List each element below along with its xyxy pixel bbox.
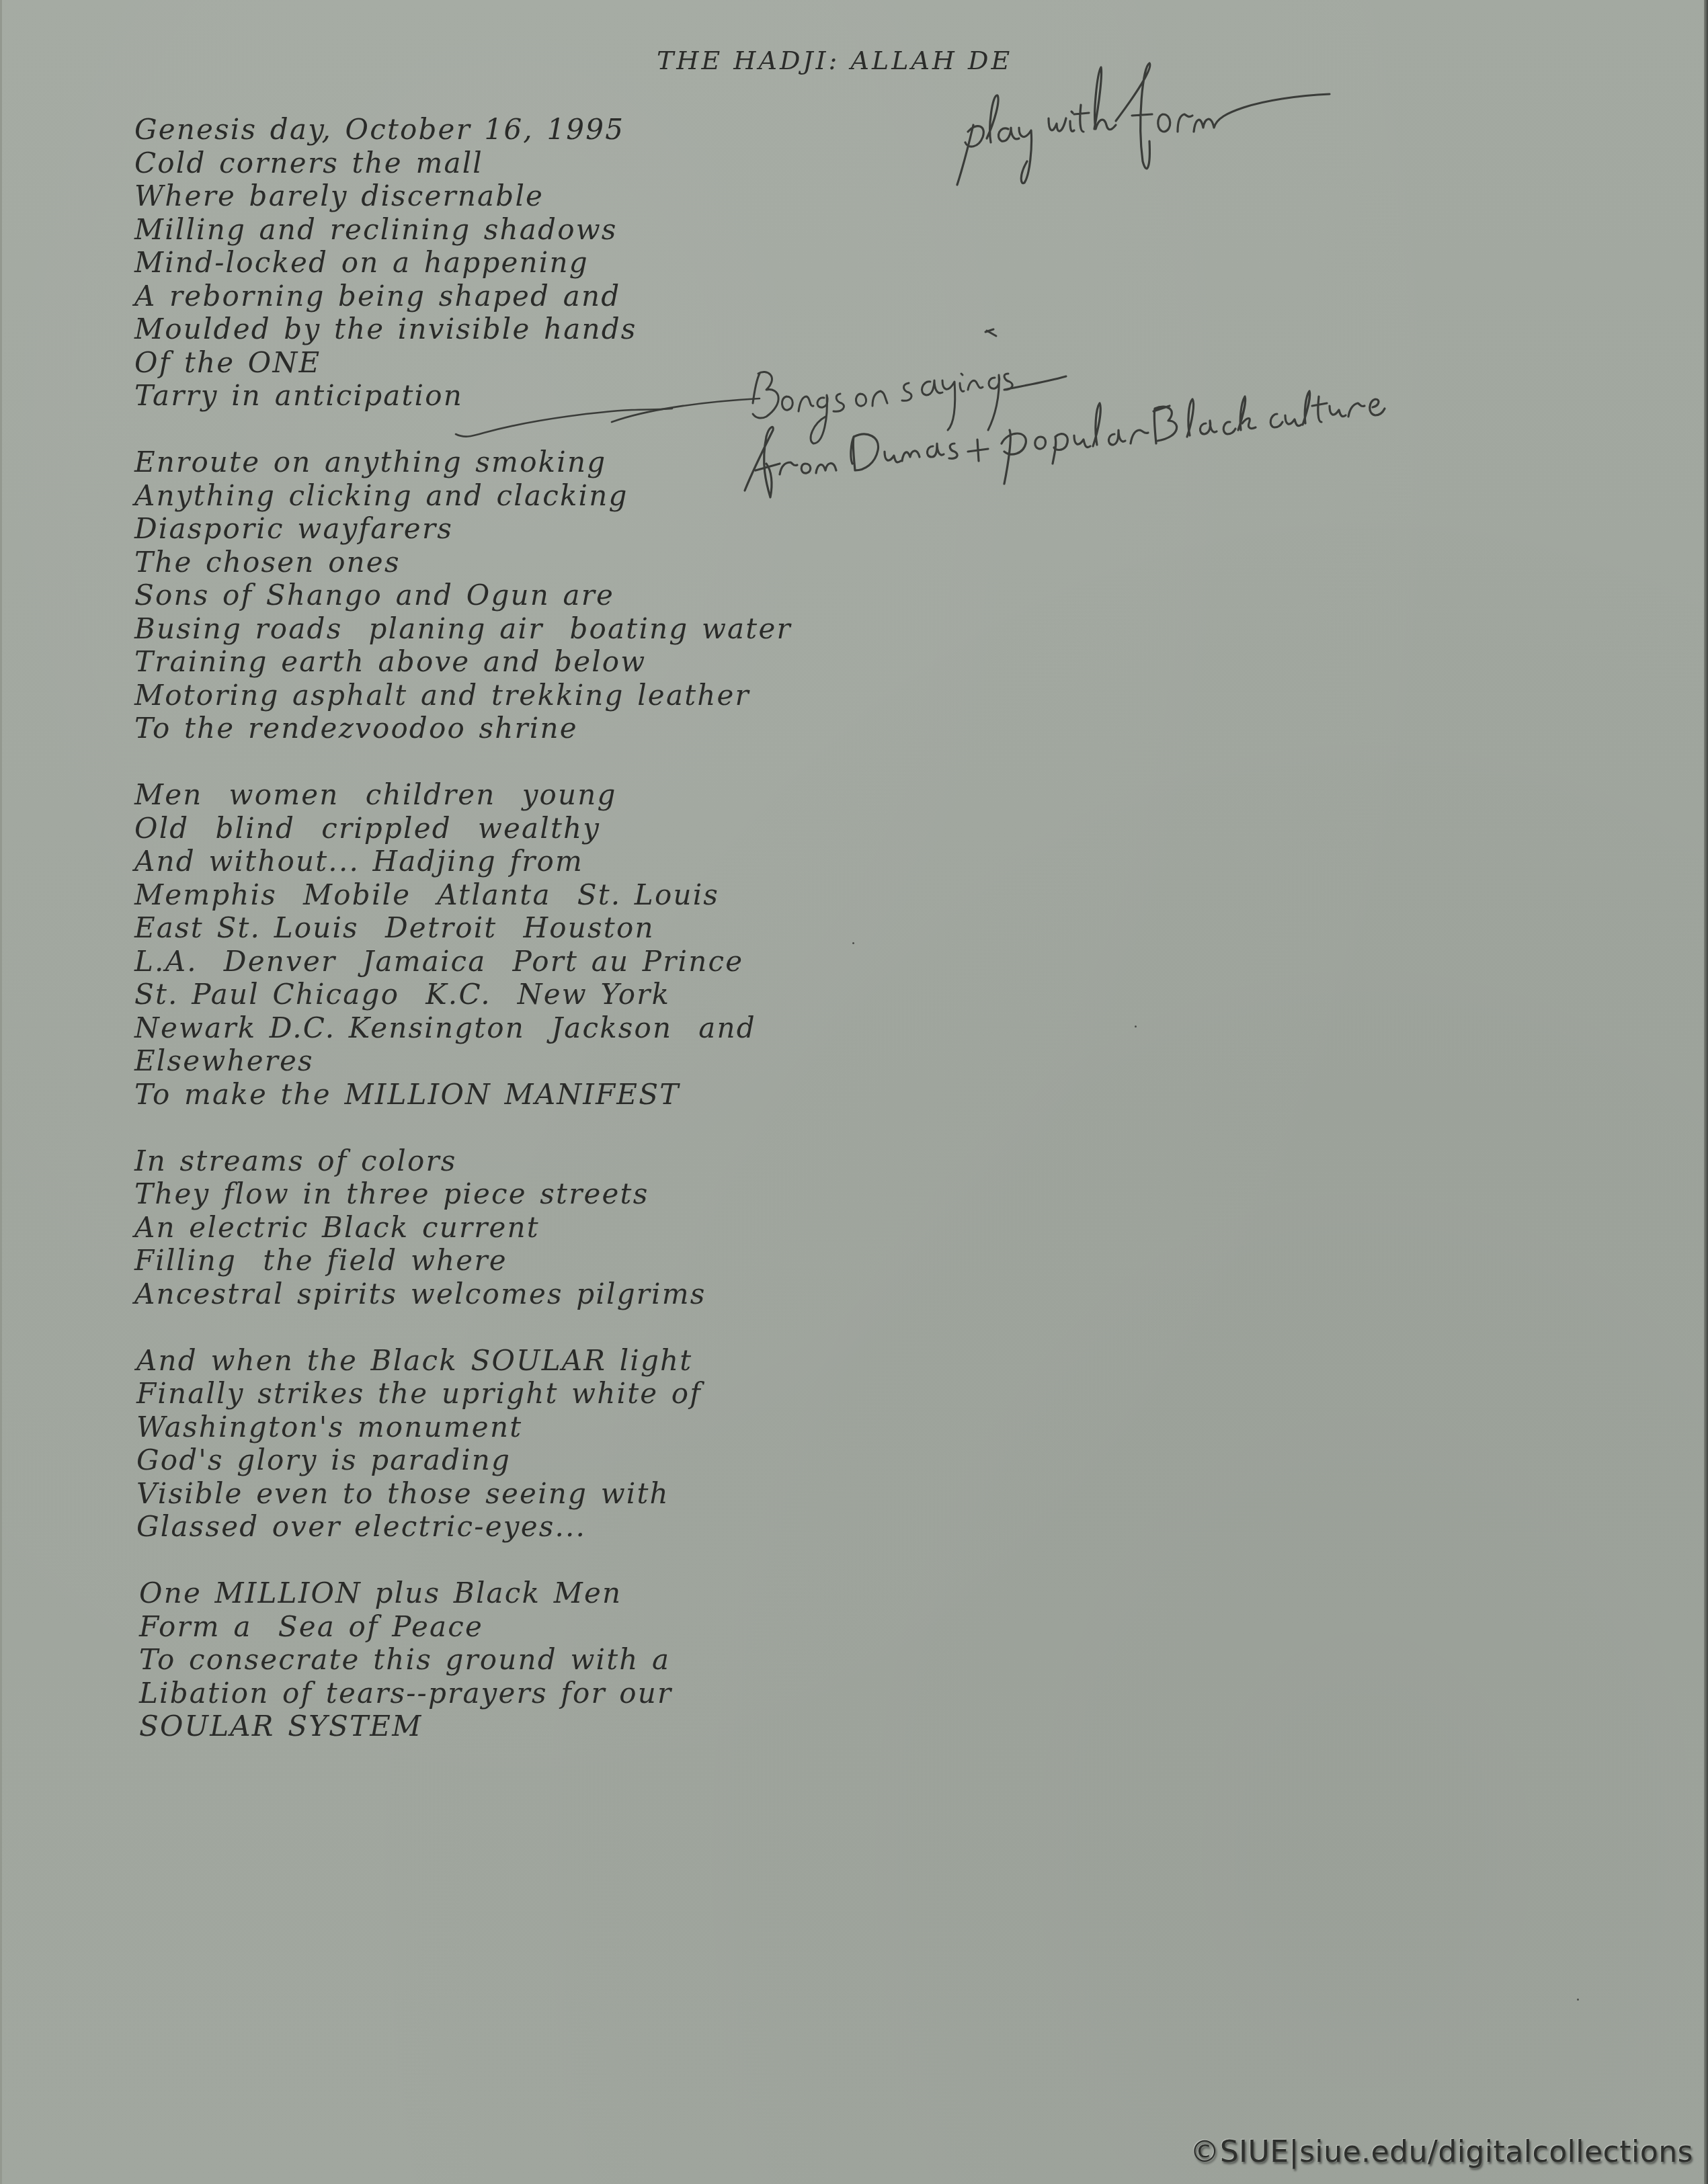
poem-line: In streams of colors: [134, 1144, 792, 1178]
poem-line: To the rendezvoodoo shrine: [134, 712, 792, 745]
poem-line: Cold corners the mall: [134, 146, 792, 180]
poem-line: Ancestral spirits welcomes pilgrims: [134, 1277, 792, 1311]
poem-line: Motoring asphalt and trekking leather: [134, 679, 792, 712]
poem-line: Of the ONE: [134, 346, 792, 380]
poem-line: Training earth above and below: [134, 645, 792, 679]
stanza-6: One MILLION plus Black Men Form a Sea of…: [139, 1577, 792, 1743]
poem-line: And when the Black SOULAR light: [136, 1344, 792, 1378]
poem-line: Mind-locked on a happening: [134, 246, 792, 280]
poem-line: Old blind crippled wealthy: [134, 812, 792, 845]
poem-line: Elsewheres: [134, 1044, 792, 1078]
page-right-edge: [1704, 0, 1708, 2184]
poem-line: Moulded by the invisible hands: [134, 312, 792, 346]
stanza-2: Enroute on anything smoking Anything cli…: [134, 446, 792, 745]
paper-speck: [1135, 1025, 1137, 1027]
poem-line: Filling the field where: [134, 1244, 792, 1277]
poem-line: And without... Hadjing from: [134, 845, 792, 878]
poem-line: East St. Louis Detroit Houston: [134, 911, 792, 945]
poem-line: Sons of Shango and Ogun are: [134, 579, 792, 612]
poem-line: Visible even to those seeing with: [136, 1477, 792, 1511]
poem-line: St. Paul Chicago K.C. New York: [134, 978, 792, 1011]
poem-line: SOULAR SYSTEM: [139, 1710, 792, 1743]
copyright-watermark: ©SIUE|siue.edu/digitalcollections: [1190, 2135, 1693, 2169]
poem-title: THE HADJI: ALLAH DE: [657, 46, 1047, 75]
stanza-5: And when the Black SOULAR light Finally …: [136, 1344, 792, 1544]
poem-line: One MILLION plus Black Men: [139, 1577, 792, 1610]
poem-line: To make the MILLION MANIFEST: [134, 1078, 792, 1111]
poem-line: Form a Sea of Peace: [139, 1610, 792, 1644]
poem-body: Genesis day, October 16, 1995 Cold corne…: [134, 113, 792, 1776]
poem-line: A reborning being shaped and: [134, 280, 792, 313]
stanza-3: Men women children young Old blind cripp…: [134, 778, 792, 1111]
poem-line: Where barely discernable: [134, 179, 792, 213]
poem-line: Glassed over electric-eyes...: [136, 1510, 792, 1544]
poem-line: Memphis Mobile Atlanta St. Louis: [134, 878, 792, 912]
poem-line: Milling and reclining shadows: [134, 213, 792, 247]
poem-line: Washington's monument: [136, 1411, 792, 1444]
poem-line: An electric Black current: [134, 1211, 792, 1245]
paper-speck: [1577, 1999, 1579, 2001]
poem-line: L.A. Denver Jamaica Port au Prince: [134, 945, 792, 978]
poem-line: Tarry in anticipation: [134, 379, 792, 413]
poem-line: Libation of tears--prayers for our: [139, 1677, 792, 1710]
stanza-1: Genesis day, October 16, 1995 Cold corne…: [134, 113, 792, 413]
poem-line: The chosen ones: [134, 546, 792, 579]
poem-line: Finally strikes the upright white of: [136, 1377, 792, 1411]
page-left-edge: [0, 0, 2, 2184]
poem-line: God's glory is parading: [136, 1443, 792, 1477]
paper-speck: [852, 942, 854, 944]
poem-line: To consecrate this ground with a: [139, 1643, 792, 1677]
poem-line: They flow in three piece streets: [134, 1177, 792, 1211]
poem-line: Diasporic wayfarers: [134, 512, 792, 546]
poem-line: Newark D.C. Kensington Jackson and: [134, 1011, 792, 1045]
poem-line: Busing roads planing air boating water: [134, 612, 792, 646]
poem-line: Genesis day, October 16, 1995: [134, 113, 792, 146]
stanza-4: In streams of colors They flow in three …: [134, 1144, 792, 1311]
poem-line: Anything clicking and clacking: [134, 479, 792, 513]
poem-line: Men women children young: [134, 778, 792, 812]
poem-line: Enroute on anything smoking: [134, 446, 792, 479]
